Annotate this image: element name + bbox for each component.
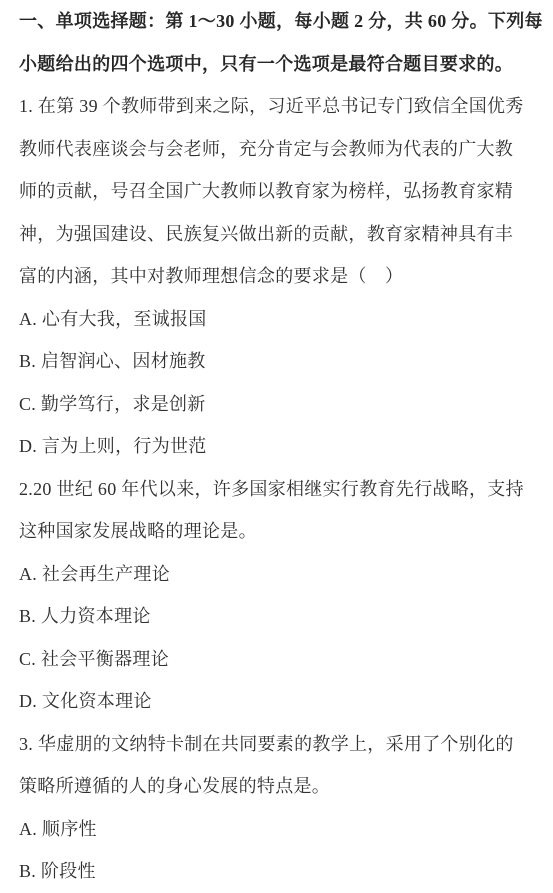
section-header-line: 一、单项选择题：第 1～30 小题，每小题 2 分，共 60 分。下列每 (19, 0, 547, 43)
question-stem-line: 这种国家发展战略的理论是。 (19, 510, 547, 553)
question-stem-line: 教师代表座谈会与会老师，充分肯定与会教师为代表的广大教 (19, 128, 547, 171)
question-2: 2.20 世纪 60 年代以来，许多国家相继实行教育先行战略，支持 这种国家发展… (19, 468, 547, 723)
question-3: 3. 华虚朋的文纳特卡制在共同要素的教学上，采用了个别化的 策略所遵循的人的身心… (19, 723, 547, 893)
exam-document: 一、单项选择题：第 1～30 小题，每小题 2 分，共 60 分。下列每 小题给… (0, 0, 553, 893)
option-b: B. 阶段性 (19, 850, 547, 893)
question-stem-line: 策略所遵循的人的身心发展的特点是。 (19, 765, 547, 808)
option-d: D. 文化资本理论 (19, 680, 547, 723)
option-a: A. 顺序性 (19, 808, 547, 851)
question-stem-line: 2.20 世纪 60 年代以来，许多国家相继实行教育先行战略，支持 (19, 468, 547, 511)
option-a: A. 社会再生产理论 (19, 553, 547, 596)
section-header: 一、单项选择题：第 1～30 小题，每小题 2 分，共 60 分。下列每 小题给… (19, 0, 547, 85)
option-d: D. 言为上则，行为世范 (19, 425, 547, 468)
question-1: 1. 在第 39 个教师带到来之际，习近平总书记专门致信全国优秀 教师代表座谈会… (19, 85, 547, 468)
question-stem-line: 师的贡献，号召全国广大教师以教育家为榜样，弘扬教育家精 (19, 170, 547, 213)
option-c: C. 勤学笃行，求是创新 (19, 383, 547, 426)
option-b: B. 人力资本理论 (19, 595, 547, 638)
question-stem-line: 3. 华虚朋的文纳特卡制在共同要素的教学上，采用了个别化的 (19, 723, 547, 766)
option-a: A. 心有大我，至诚报国 (19, 298, 547, 341)
option-b: B. 启智润心、因材施教 (19, 340, 547, 383)
question-stem-line: 富的内涵，其中对教师理想信念的要求是（ ） (19, 255, 547, 298)
question-stem-line: 1. 在第 39 个教师带到来之际，习近平总书记专门致信全国优秀 (19, 85, 547, 128)
question-stem-line: 神，为强国建设、民族复兴做出新的贡献，教育家精神具有丰 (19, 213, 547, 256)
option-c: C. 社会平衡器理论 (19, 638, 547, 681)
section-header-line: 小题给出的四个选项中，只有一个选项是最符合题目要求的。 (19, 43, 547, 86)
